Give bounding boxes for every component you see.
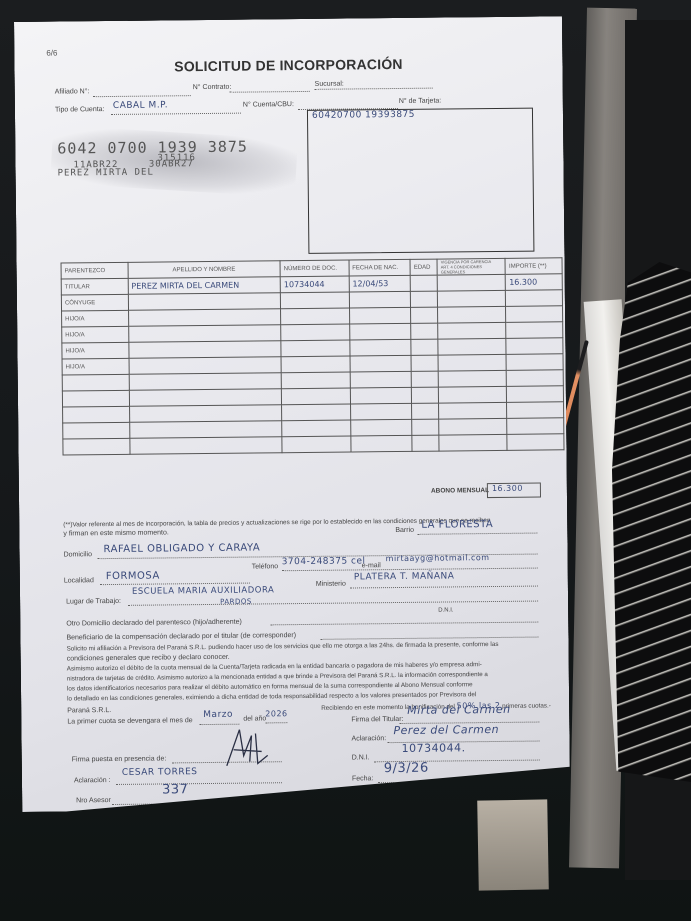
ministerio-label: Ministerio bbox=[316, 581, 346, 588]
domicilio-value: RAFAEL OBLIGADO Y CARAYA bbox=[103, 542, 260, 555]
contrato-field[interactable] bbox=[230, 91, 310, 93]
cell-parentezco: HIJO/A bbox=[62, 310, 129, 327]
page-number: 6/6 bbox=[46, 49, 57, 58]
cell-nombre[interactable] bbox=[129, 357, 282, 375]
price-note-2: y firman en este mismo momento. bbox=[63, 529, 169, 537]
cell-edad[interactable] bbox=[411, 323, 438, 339]
cell-edad[interactable] bbox=[412, 435, 439, 451]
cell-fecha-nac[interactable] bbox=[349, 307, 411, 324]
firma-titular-label: Firma del Titular: bbox=[351, 716, 403, 724]
abono-mensual-label: ABONO MENSUAL bbox=[431, 487, 489, 495]
cell-edad[interactable] bbox=[411, 307, 438, 323]
legal-line-6: lo detallado en las condiciones generale… bbox=[67, 691, 476, 702]
header-vigencia: VIGENCIA POR CARENCIA ART. 4 CONDICIONES… bbox=[437, 258, 505, 275]
cell-fecha-nac[interactable] bbox=[350, 419, 412, 436]
beneficiario-field[interactable] bbox=[320, 637, 538, 640]
header-fecha-nac: FECHA DE NAC. bbox=[349, 259, 411, 276]
cell-vigencia[interactable] bbox=[439, 434, 507, 451]
primer-cuota-label: La primer cuota se devengara el mes de bbox=[67, 717, 192, 725]
cell-nombre[interactable] bbox=[129, 421, 282, 439]
nro-asesor-label: Nro Asesor bbox=[76, 797, 111, 804]
cell-fecha-nac[interactable] bbox=[351, 435, 413, 452]
cell-importe[interactable] bbox=[506, 290, 563, 307]
cell-nombre[interactable] bbox=[129, 437, 282, 455]
sucursal-label: Sucursal: bbox=[315, 81, 344, 88]
email-value: mirtaayg@hotmail.com bbox=[386, 553, 490, 563]
cell-edad[interactable] bbox=[412, 419, 439, 435]
barrio-field[interactable] bbox=[417, 533, 537, 535]
form-title: SOLICITUD DE INCORPORACIÓN bbox=[14, 54, 562, 76]
cell-parentezco bbox=[62, 390, 129, 407]
telefono-email-field[interactable] bbox=[282, 568, 538, 572]
legal-line-1: Solicito mi afiliación a Previsora del P… bbox=[67, 641, 499, 653]
cell-edad[interactable] bbox=[410, 275, 437, 291]
cell-numero-doc[interactable] bbox=[281, 372, 350, 389]
cell-vigencia[interactable] bbox=[439, 386, 507, 403]
dni-titular-value: 10734044. bbox=[402, 741, 466, 755]
legal-line-5: los datos identificatorios necesarios pa… bbox=[67, 681, 473, 692]
cell-nombre[interactable] bbox=[128, 325, 281, 343]
primer-cuota-anio-field[interactable] bbox=[265, 722, 287, 723]
advisor-signature-icon bbox=[221, 725, 271, 768]
nro-asesor-value: 337 bbox=[162, 782, 188, 797]
cell-fecha-nac[interactable] bbox=[349, 323, 411, 340]
cell-parentezco: HIJO/A bbox=[62, 358, 129, 375]
otro-domicilio-field[interactable] bbox=[270, 622, 538, 626]
tipo-cuenta-value: CABAL M.P. bbox=[113, 100, 168, 111]
card-date-to: 30ABR27 bbox=[149, 159, 194, 169]
ministerio-field[interactable] bbox=[350, 586, 538, 589]
background-torn-paper bbox=[612, 262, 691, 782]
afiliado-label: Afiliado N°: bbox=[55, 88, 90, 95]
cell-importe[interactable] bbox=[506, 354, 563, 371]
trabajo-label: Lugar de Trabajo: bbox=[66, 598, 121, 606]
cell-importe[interactable] bbox=[506, 322, 563, 339]
cell-vigencia[interactable] bbox=[438, 370, 506, 387]
trabajo-value: ESCUELA MARIA AUXILIADORA bbox=[132, 585, 274, 596]
cell-vigencia[interactable] bbox=[438, 338, 506, 355]
trabajo-field[interactable] bbox=[128, 601, 538, 606]
cell-nombre[interactable] bbox=[129, 373, 282, 391]
cell-numero-doc[interactable] bbox=[281, 324, 350, 341]
header-apellido-nombre: APELLIDO Y NOMBRE bbox=[128, 261, 281, 279]
primer-cuota-mes-value: Marzo bbox=[203, 710, 233, 720]
aclaracion-titular-label: Aclaración: bbox=[351, 735, 386, 742]
legal-line-3: Asimismo autorizo el débito de la cuota … bbox=[67, 661, 482, 672]
cell-importe[interactable] bbox=[507, 370, 564, 387]
localidad-label: Localidad bbox=[64, 577, 94, 584]
afiliado-field[interactable] bbox=[93, 95, 191, 97]
card-imprint: 6042 0700 1939 3875 315116 11ABR22 30ABR… bbox=[57, 138, 248, 179]
cuenta-cbu-label: N° Cuenta/CBU: bbox=[243, 101, 294, 109]
cell-importe[interactable] bbox=[506, 338, 563, 355]
cell-importe[interactable] bbox=[507, 386, 564, 403]
cell-fecha-nac[interactable] bbox=[350, 387, 412, 404]
card-number-box[interactable]: 60420700 19393875 bbox=[307, 108, 534, 254]
firma-titular-signature: Mirta del Carmen bbox=[407, 703, 510, 717]
cell-vigencia[interactable] bbox=[438, 306, 506, 323]
cell-numero-doc[interactable] bbox=[281, 356, 350, 373]
abono-mensual-value: 16.300 bbox=[492, 484, 523, 493]
cell-importe[interactable] bbox=[507, 418, 564, 435]
cell-edad[interactable] bbox=[411, 371, 438, 387]
sucursal-field[interactable] bbox=[315, 88, 433, 90]
background-tag bbox=[477, 799, 549, 890]
aclaracion-titular-value: Perez del Carmen bbox=[393, 723, 499, 737]
cell-nombre[interactable] bbox=[129, 389, 282, 407]
cell-parentezco: CÓNYUGE bbox=[61, 294, 128, 311]
cell-edad[interactable] bbox=[412, 387, 439, 403]
barrio-value: LA FLORESTA bbox=[421, 519, 493, 531]
cell-vigencia[interactable] bbox=[439, 418, 507, 435]
beneficiario-line: Beneficiario de la compensación declarad… bbox=[66, 632, 296, 641]
fecha-label: Fecha: bbox=[352, 775, 373, 782]
tarjeta-value: 60420700 19393875 bbox=[312, 110, 415, 121]
cell-parentezco bbox=[63, 422, 130, 439]
cell-vigencia[interactable] bbox=[438, 354, 506, 371]
cell-parentezco: HIJO/A bbox=[62, 326, 129, 343]
cell-parentezco bbox=[63, 406, 130, 423]
card-holder: PEREZ MIRTA DEL bbox=[58, 167, 249, 179]
application-form: 6/6 SOLICITUD DE INCORPORACIÓN Afiliado … bbox=[14, 16, 570, 812]
cell-numero-doc[interactable] bbox=[282, 436, 351, 453]
fecha-value: 9/3/26 bbox=[384, 761, 429, 776]
cell-nombre[interactable] bbox=[128, 309, 281, 327]
cell-fecha-nac[interactable]: 12/04/53 bbox=[349, 275, 411, 292]
family-members-table: PARENTEZCO APELLIDO Y NOMBRE NÚMERO DE D… bbox=[61, 257, 565, 455]
cell-parentezco bbox=[62, 374, 129, 391]
cell-vigencia[interactable] bbox=[437, 290, 505, 307]
cell-fecha-nac[interactable] bbox=[350, 339, 412, 356]
barrio-label: Barrio bbox=[395, 527, 414, 534]
ministerio-value: PLATERA T. MAÑANA bbox=[354, 571, 455, 582]
cell-importe[interactable] bbox=[507, 434, 564, 451]
legal-line-7: Paraná S.R.L. bbox=[67, 707, 111, 714]
cell-importe[interactable] bbox=[506, 306, 563, 323]
cell-nombre[interactable]: PEREZ MIRTA DEL CARMEN bbox=[128, 277, 281, 295]
telefono-value: 3704-248375 cel bbox=[282, 556, 366, 567]
cell-nombre[interactable] bbox=[128, 341, 281, 359]
cell-parentezco: TITULAR bbox=[61, 278, 128, 295]
primer-cuota-anio-value: 2026 bbox=[265, 709, 287, 718]
tarjeta-label: N° de Tarjeta: bbox=[399, 98, 441, 105]
cell-edad[interactable] bbox=[412, 403, 439, 419]
tipo-cuenta-field[interactable] bbox=[111, 113, 241, 115]
cell-importe[interactable]: 16.300 bbox=[506, 274, 563, 291]
legal-line-2: condiciones generales que recibo y decla… bbox=[67, 654, 230, 663]
aclaracion-asesor-value: CESAR TORRES bbox=[122, 767, 198, 778]
cell-edad[interactable] bbox=[411, 355, 438, 371]
header-vigencia-sub: ART. 4 CONDICIONES GENERALES bbox=[441, 264, 502, 275]
dni-titular-label: D.N.I. bbox=[352, 754, 370, 761]
cell-numero-doc[interactable] bbox=[282, 420, 351, 437]
cell-fecha-nac[interactable] bbox=[350, 355, 412, 372]
firma-presencia-label: Firma puesta en presencia de: bbox=[72, 755, 167, 763]
cell-numero-doc[interactable] bbox=[281, 308, 350, 325]
localidad-field[interactable] bbox=[100, 583, 250, 586]
trabajo-value-2: PARDOS bbox=[220, 598, 252, 606]
cell-numero-doc[interactable] bbox=[282, 404, 351, 421]
domicilio-label: Domicilio bbox=[64, 551, 92, 558]
cell-nombre[interactable] bbox=[129, 405, 282, 423]
otro-dni-label: D.N.I. bbox=[438, 607, 453, 613]
fecha-field[interactable] bbox=[378, 781, 540, 784]
cell-numero-doc[interactable] bbox=[281, 340, 350, 357]
cell-nombre[interactable] bbox=[128, 293, 281, 311]
header-importe: IMPORTE (**) bbox=[505, 258, 562, 275]
cell-fecha-nac[interactable] bbox=[350, 371, 412, 388]
cell-fecha-nac[interactable] bbox=[349, 291, 411, 308]
cell-numero-doc[interactable] bbox=[280, 292, 349, 309]
header-edad: EDAD bbox=[410, 259, 437, 275]
cell-fecha-nac[interactable] bbox=[350, 403, 412, 420]
nro-asesor-field[interactable] bbox=[112, 803, 172, 805]
cell-parentezco bbox=[63, 438, 130, 455]
primer-cuota-anio-label: del año bbox=[243, 715, 266, 722]
cell-edad[interactable] bbox=[411, 291, 438, 307]
cell-numero-doc[interactable]: 10734044 bbox=[280, 276, 349, 293]
cell-importe[interactable] bbox=[507, 402, 564, 419]
header-numero-doc: NÚMERO DE DOC. bbox=[280, 260, 349, 277]
otro-domicilio-label: Otro Domicilio declarado del parentesco … bbox=[66, 619, 242, 628]
aclaracion-asesor-field[interactable] bbox=[116, 782, 282, 785]
cell-vigencia[interactable] bbox=[437, 274, 505, 291]
cell-vigencia[interactable] bbox=[439, 402, 507, 419]
telefono-label: Teléfono bbox=[252, 563, 279, 570]
contrato-label: N° Contrato: bbox=[193, 84, 232, 91]
card-number: 6042 0700 1939 3875 bbox=[57, 138, 248, 158]
header-parentezco: PARENTEZCO bbox=[61, 262, 128, 279]
cell-numero-doc[interactable] bbox=[281, 388, 350, 405]
localidad-value: FORMOSA bbox=[106, 571, 160, 583]
aclaracion-asesor-label: Aclaración : bbox=[74, 777, 111, 784]
cell-parentezco: HIJO/A bbox=[62, 342, 129, 359]
tipo-cuenta-label: Tipo de Cuenta: bbox=[55, 106, 105, 114]
cell-edad[interactable] bbox=[411, 339, 438, 355]
abono-mensual-field[interactable]: 16.300 bbox=[487, 483, 541, 499]
cell-vigencia[interactable] bbox=[438, 322, 506, 339]
